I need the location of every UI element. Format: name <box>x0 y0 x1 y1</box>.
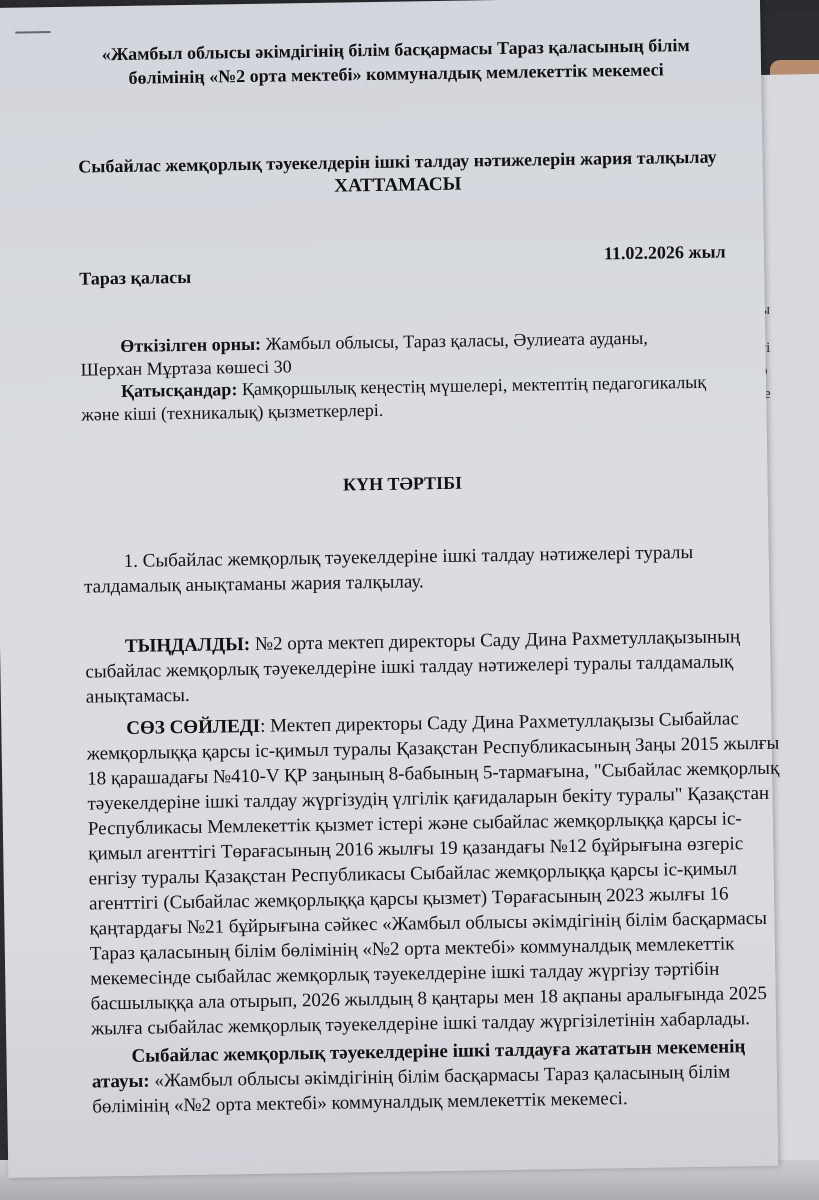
venue-line2: Шерхан Мұртаза көшесі 30 <box>81 356 292 380</box>
venue-text: Жамбыл облысы, Тараз қаласы, Әулиеата ау… <box>265 328 647 354</box>
agenda-heading: КҮН ТӘРТІБІ <box>57 468 747 500</box>
participants-line2: және кіші (техникалық) қызметкерлері. <box>81 400 383 426</box>
venue-line1: Өткізілген орны: Жамбыл облысы, Тараз қа… <box>120 326 760 357</box>
spoke-label: СӨЗ СӨЙЛЕДІ <box>126 716 260 739</box>
corner-dash <box>15 31 50 34</box>
institution-line3: бөлімінің «№2 орта мектебі» коммуналдық … <box>92 1088 628 1118</box>
document-page: «Жамбыл облысы әкімдігінің білім басқарм… <box>0 0 778 1178</box>
document-date: 11.02.2026 жыл <box>604 241 726 264</box>
venue-label: Өткізілген орны: <box>120 334 261 356</box>
agenda-item-1-line2: талдамалық анықтаманы жария талқылау. <box>84 571 424 598</box>
participants-label: Қатысқандар: <box>121 379 238 401</box>
participants-text: Қамқоршылық кеңестің мүшелері, мектептің… <box>242 372 707 399</box>
listened-line3: анықтамасы. <box>86 685 190 709</box>
institution-label-line2: атауы: <box>92 1071 150 1093</box>
document-city: Тараз қаласы <box>79 267 191 290</box>
listened-label: ТЫҢДАЛДЫ: <box>125 634 250 657</box>
agenda-item-1-line1: 1. Сыбайлас жемқорлық тәуекелдеріне ішкі… <box>124 542 694 573</box>
